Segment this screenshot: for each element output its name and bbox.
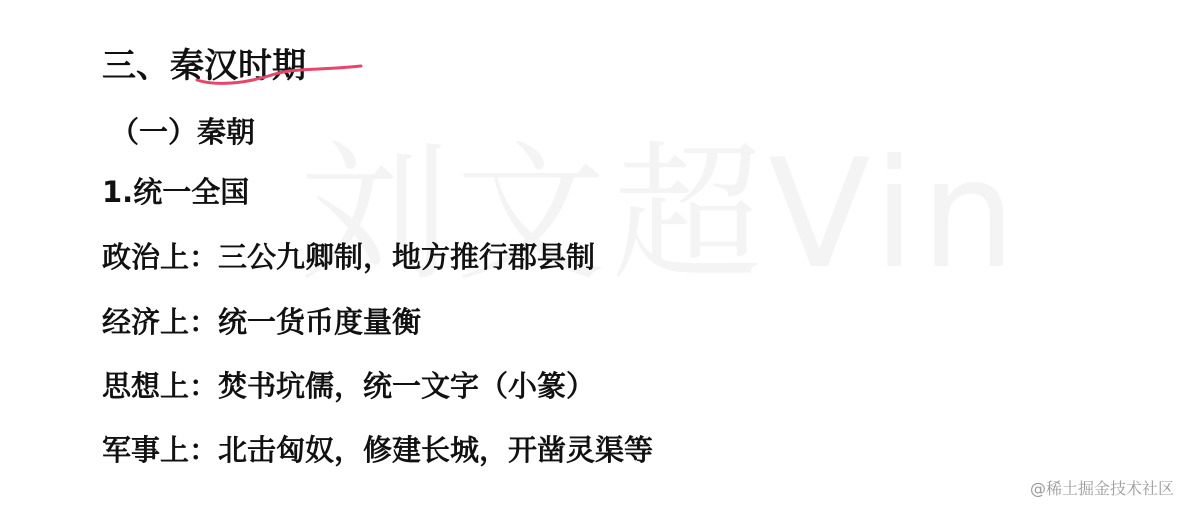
credit-watermark: @稀土掘金技术社区: [1030, 476, 1174, 499]
point-thought: 思想上：焚书坑儒，统一文字（小篆）: [102, 364, 595, 405]
handwritten-underline: [195, 58, 365, 88]
point-military: 军事上：北击匈奴，修建长城，开凿灵渠等: [102, 428, 653, 469]
section-title: 1.统一全国: [102, 170, 249, 211]
point-politics: 政治上：三公九卿制，地方推行郡县制: [102, 235, 595, 276]
subsection-heading: （一）秦朝: [110, 110, 255, 151]
point-economy: 经济上：统一货币度量衡: [102, 300, 421, 341]
